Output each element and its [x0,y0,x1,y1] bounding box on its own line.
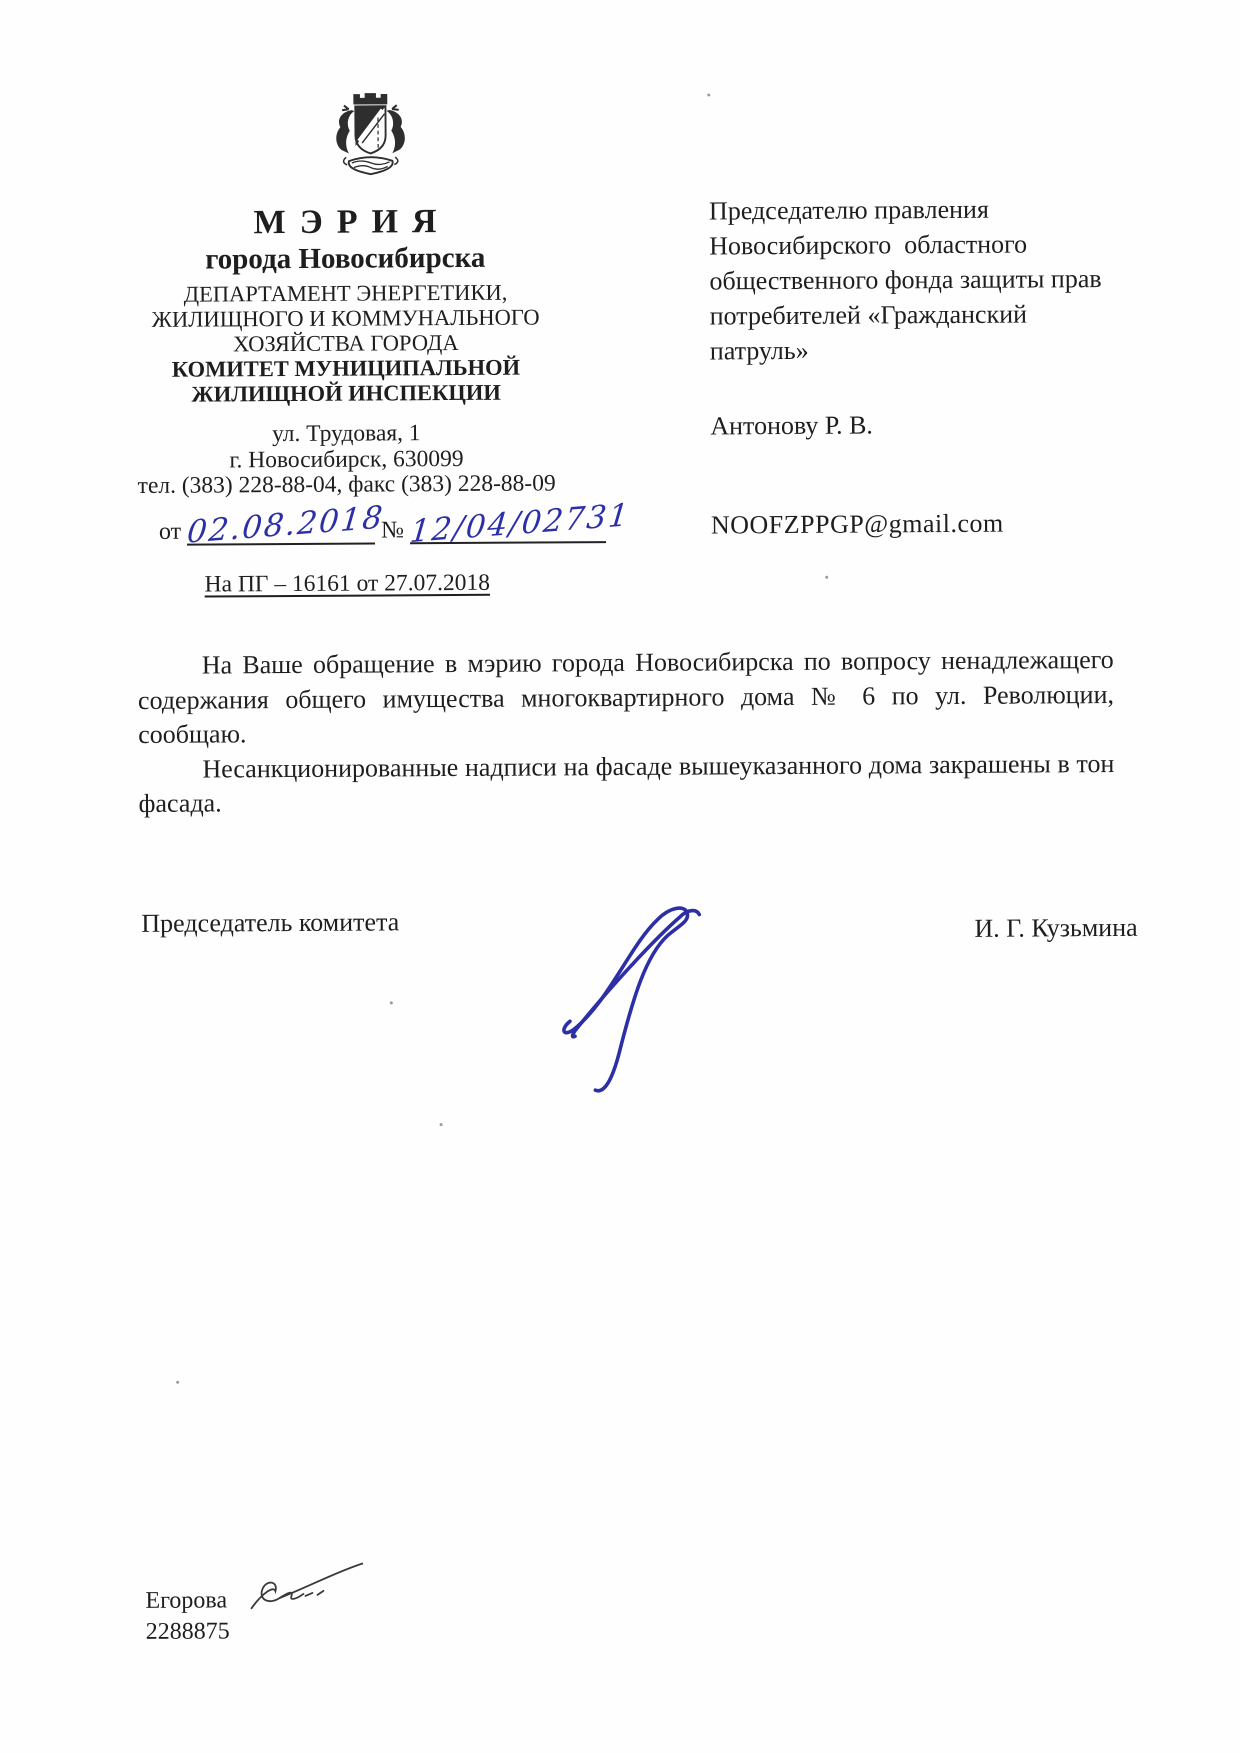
scan-speck [390,1001,393,1004]
incoming-reference: На ПГ – 16161 от 27.07.2018 [117,569,577,599]
org-name-city: города Новосибирска [115,241,575,277]
signer-position: Председатель комитета [141,907,399,939]
department-line: ХОЗЯЙСТВА ГОРОДА [116,329,576,357]
scan-speck [707,93,710,96]
addressee-line: потребителей «Гражданский [710,296,1150,334]
addressee-name: Антонову Р. В. [710,406,1150,444]
date-label: от [159,518,181,544]
committee-line: КОМИТЕТ МУНИЦИПАЛЬНОЙ [116,354,576,382]
handwritten-number: 12/04/02731 [409,497,632,550]
scan-speck [176,1381,179,1384]
department-line: ДЕПАРТАМЕНТ ЭНЕРГЕТИКИ, [115,279,575,307]
addressee-line: Новосибирского областного [709,226,1149,264]
org-name-mayoralty: МЭРИЯ [115,203,575,242]
scanned-letter-page: МЭРИЯ города Новосибирска ДЕПАРТАМЕНТ ЭН… [0,0,1240,1753]
executor-block: Егорова 2288875 [145,1585,229,1648]
department-line: ЖИЛИЩНОГО И КОММУНАЛЬНОГО [116,304,576,332]
letterhead-block: МЭРИЯ города Новосибирска ДЕПАРТАМЕНТ ЭН… [114,85,577,598]
address-phone-fax: тел. (383) 228-88-04, факс (383) 228-88-… [117,471,577,499]
scan-speck [825,576,828,579]
executor-phone: 2288875 [146,1616,230,1648]
number-label: № [381,517,404,543]
body-paragraph-2: Несанкционированные надписи на фасаде вы… [138,746,1114,821]
addressee-line: общественного фонда защиты прав [709,261,1149,299]
signature-ink-executor [243,1558,373,1625]
signer-name: И. Г. Кузьмина [974,913,1137,944]
addressee-email: NOOFZPPGP@gmail.com [711,505,1151,543]
executor-name: Егорова [145,1585,229,1617]
scan-speck [440,1123,443,1126]
committee-line: ЖИЛИЩНОЙ ИНСПЕКЦИИ [116,379,576,407]
handwritten-date: 02.08.2018 [186,499,387,550]
signature-ink-kuzmina [546,892,762,1108]
addressee-block: Председателю правления Новосибирского об… [709,191,1151,543]
outgoing-ref-line: от 02.08.2018 № 12/04/02731 [117,507,577,562]
addressee-line: патруль» [710,331,1150,369]
novosibirsk-coat-of-arms-icon [322,86,419,185]
letter-body: На Ваше обращение в мэрию города Новосиб… [138,643,1115,821]
address-street: ул. Трудовая, 1 [116,420,576,448]
number-field: 12/04/02731 [410,507,606,544]
addressee-line: Председателю правления [709,191,1149,229]
date-field: 02.08.2018 [187,508,375,545]
body-paragraph-1: На Ваше обращение в мэрию города Новосиб… [138,643,1115,752]
